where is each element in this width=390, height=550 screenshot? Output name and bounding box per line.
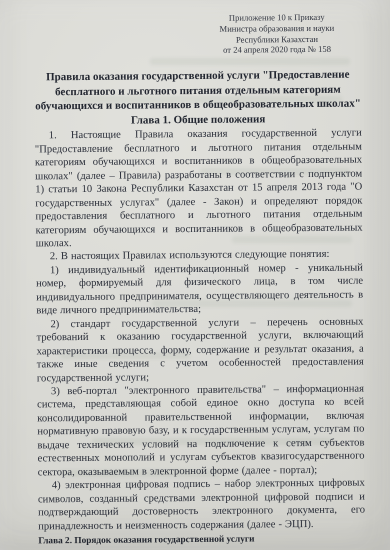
paragraph-1: 1. Настоящие Правила оказания государств…: [35, 127, 363, 251]
document-page: Приложение 10 к Приказу Министра образов…: [0, 0, 390, 550]
chapter-2-heading: Глава 2. Порядок оказания государственно…: [38, 533, 365, 546]
approval-note: Приложение 10 к Приказу Министра образов…: [193, 12, 361, 57]
document-body: 1. Настоящие Правила оказания государств…: [35, 127, 366, 533]
definition-3: 3) веб-портал "электронного правительств…: [37, 383, 365, 480]
chapter-1-heading: Глава 1. Общие положения: [35, 111, 362, 128]
definition-2: 2) стандарт государственной услуги – пер…: [36, 315, 364, 385]
document-photo: Приложение 10 к Приказу Министра образов…: [0, 0, 390, 550]
definition-4: 4) электронная цифровая подпись – набор …: [38, 477, 365, 534]
definition-1: 1) индивидуальный идентификационный номе…: [36, 261, 363, 318]
document-title: Правила оказания государственной услуги …: [34, 68, 361, 114]
approval-note-line: от 24 апреля 2020 года № 158: [193, 44, 361, 56]
